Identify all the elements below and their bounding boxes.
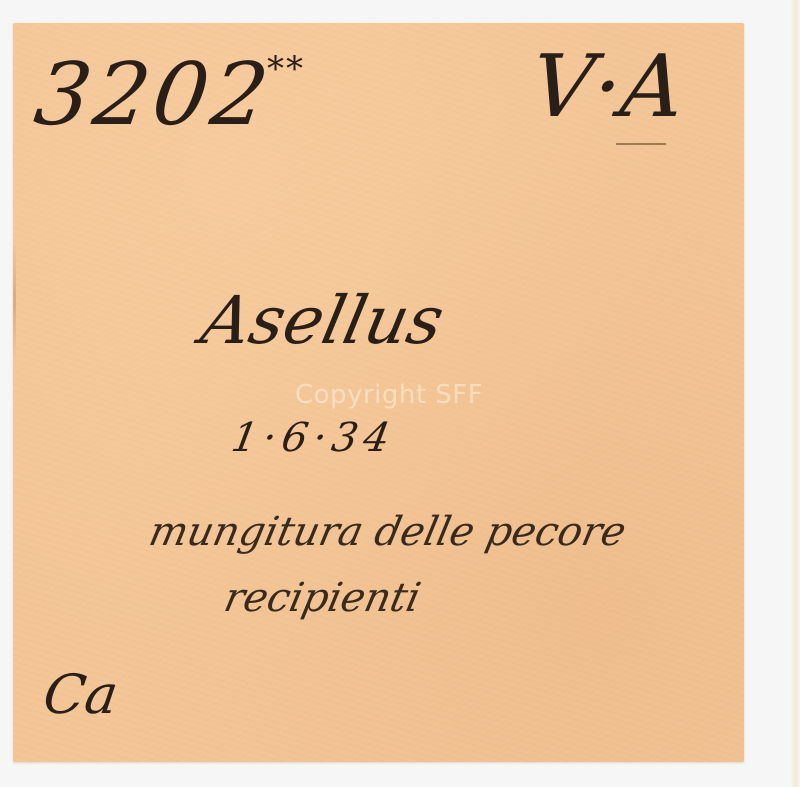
habitat-line-1: mungitura delle pecore — [146, 512, 630, 552]
collection-code: V·A — [527, 44, 688, 130]
genus-name: Asellus — [196, 288, 449, 354]
background-edge — [790, 0, 800, 787]
collector-initials: Ca — [40, 668, 121, 722]
catalog-marks: ** — [267, 52, 305, 86]
paper-fold-shadow — [13, 240, 16, 360]
habitat-line-2: recipienti — [221, 578, 424, 618]
catalog-number: 3202 — [30, 52, 277, 138]
copyright-watermark: Copyright SFF — [295, 380, 483, 410]
collection-code-underline — [616, 143, 666, 145]
collection-date: 1·6·34 — [228, 418, 398, 458]
